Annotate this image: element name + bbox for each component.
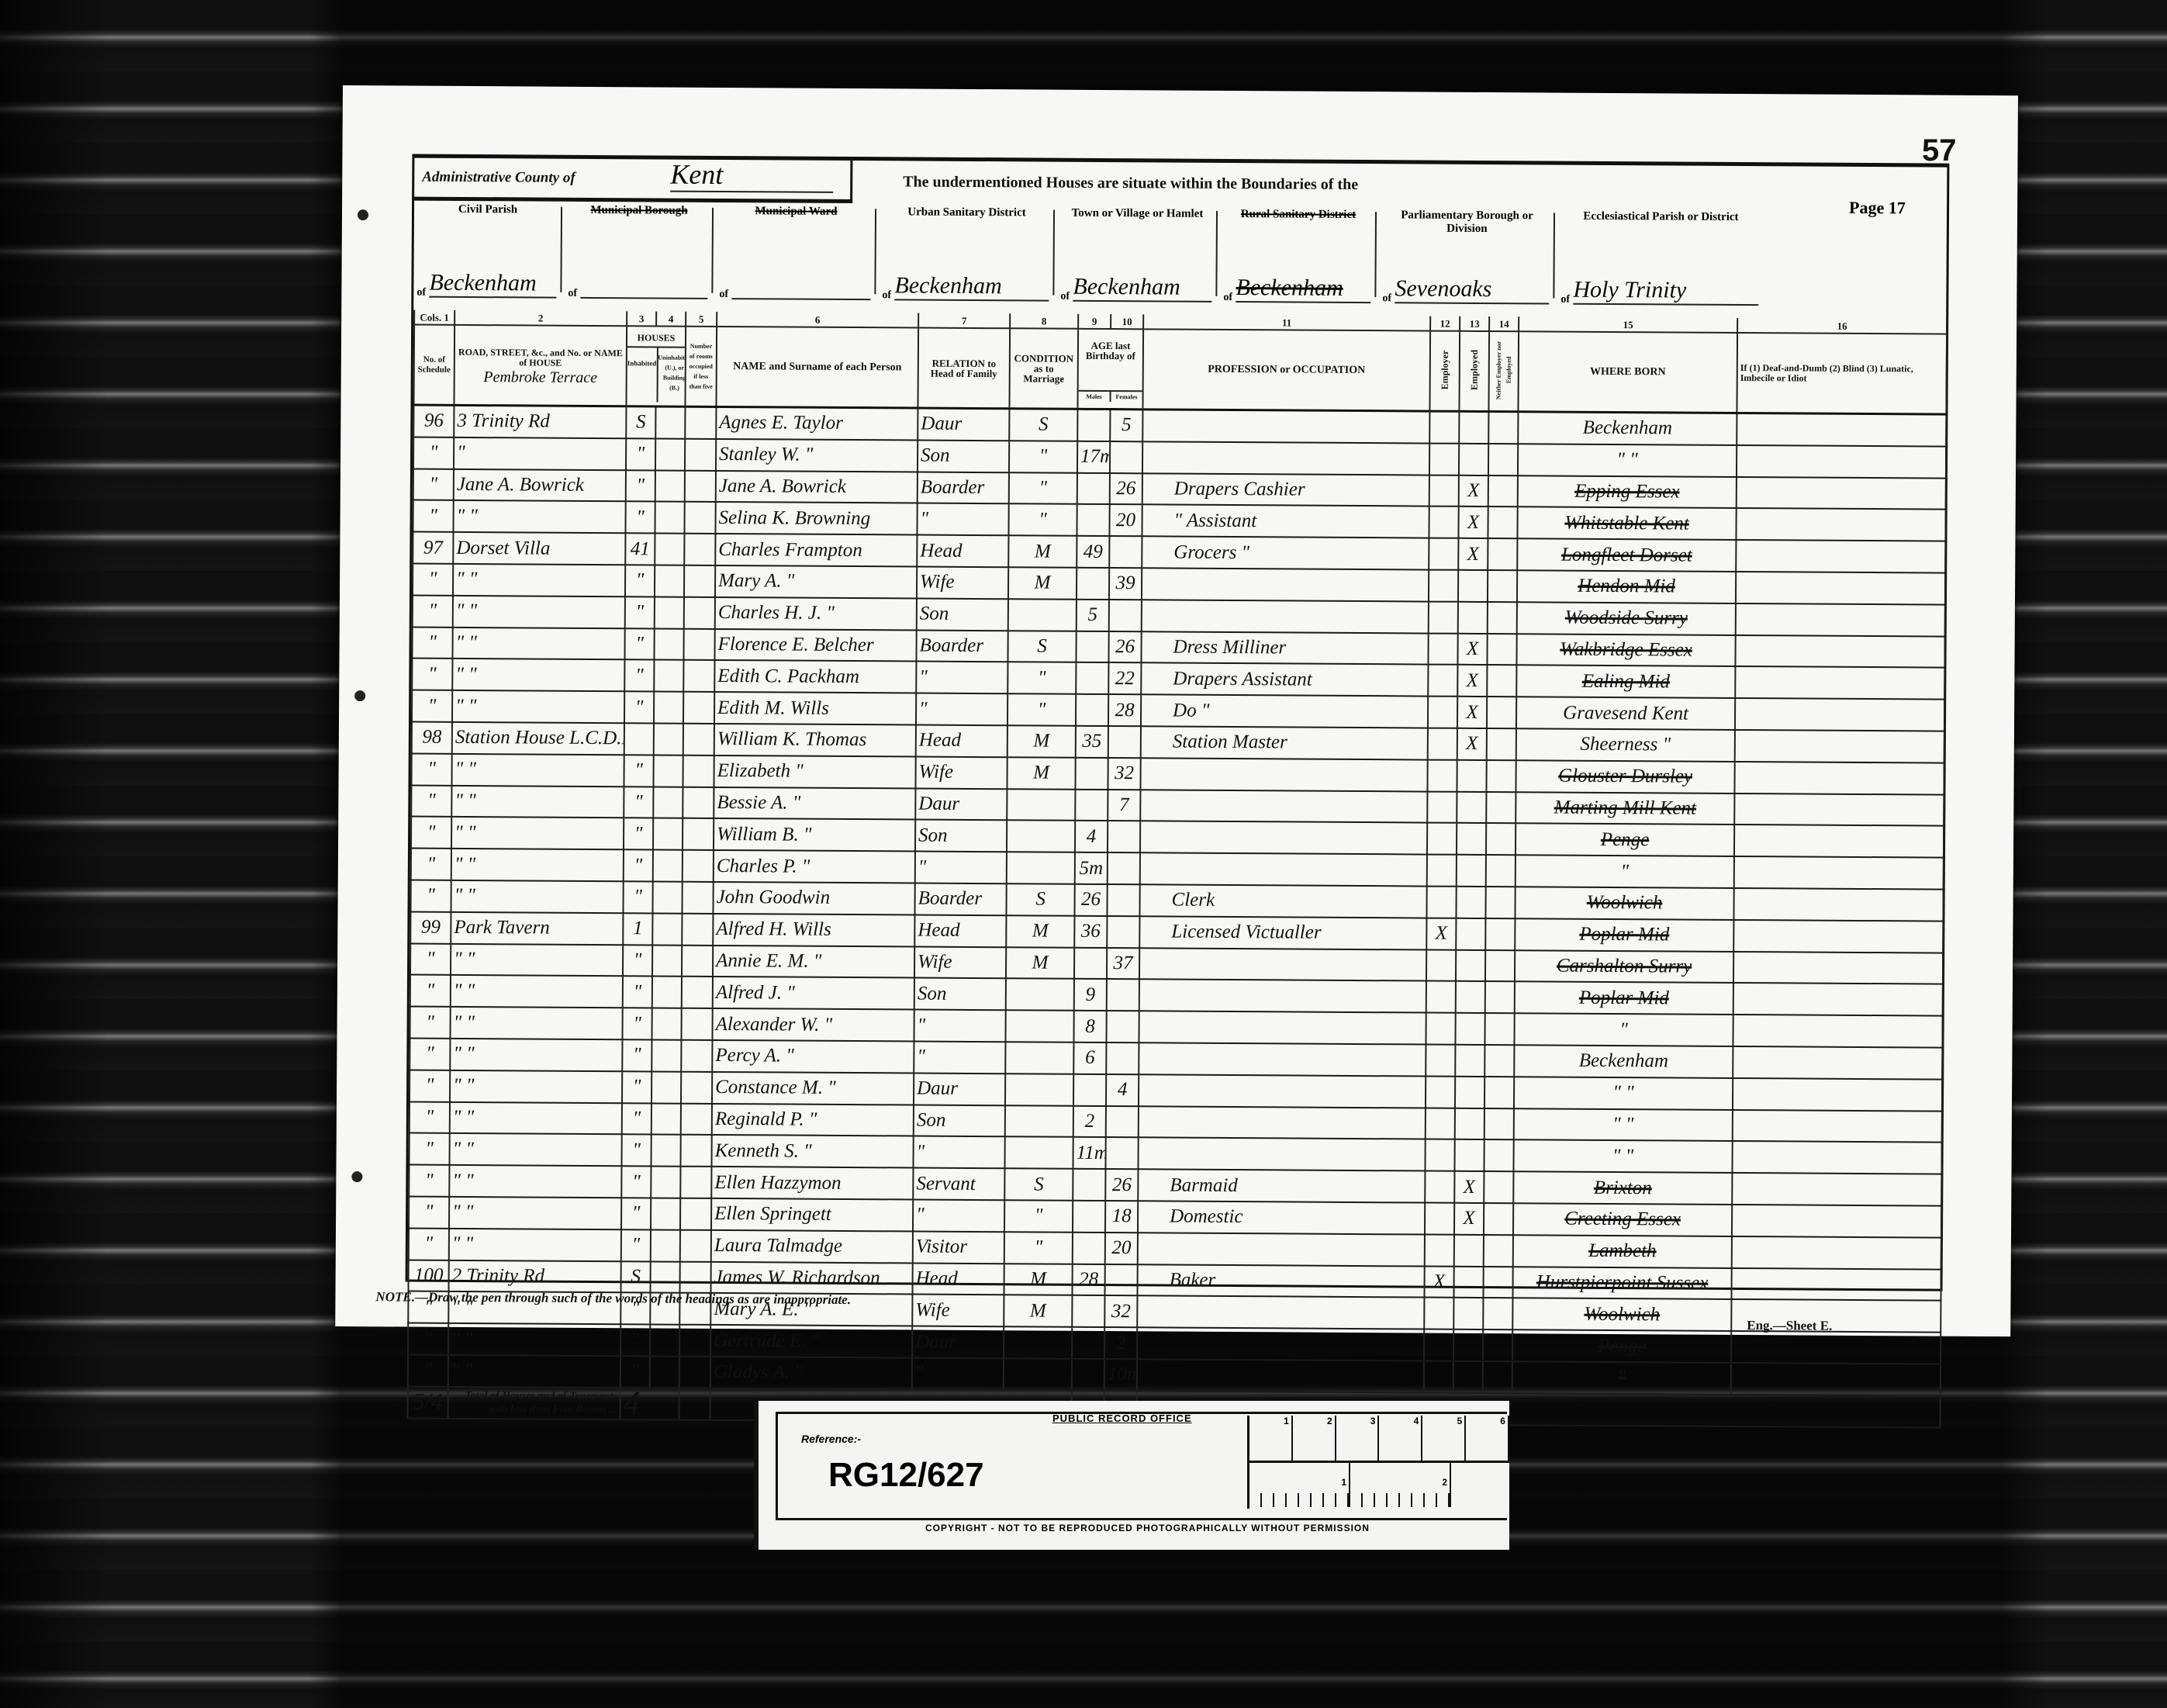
address: " " [452,627,624,659]
totals-schedule-mark: 5/4 [408,1386,448,1418]
address: " " [451,943,623,976]
person-name: James W. Richardson [710,1261,912,1294]
female-age [1107,916,1139,948]
rooms [682,945,713,977]
rooms [681,1103,712,1135]
rooms [679,1357,710,1388]
reference-label: Reference:- [801,1433,861,1445]
schedule-number: " [410,1070,450,1101]
punch-hole [354,690,365,701]
relation: " [917,503,1008,536]
infirmity [1731,1363,1941,1395]
column-number: 10 [1111,314,1143,329]
female-age: 22 [1108,662,1141,694]
relation: " [913,1199,1004,1232]
birthplace: Lambeth [1513,1235,1732,1268]
person-name: Reginald P. " [712,1103,914,1136]
employer-mark [1426,1044,1455,1076]
boundary-value: Beckenham [1236,275,1370,303]
neither-mark [1486,823,1516,855]
boundaries-title: The undermentioned Houses are situate wi… [903,173,1358,194]
reference-card: PUBLIC RECORD OFFICE Reference:- RG12/62… [754,1401,1509,1550]
occupation [1139,1074,1426,1108]
rooms [680,1167,711,1198]
header-occupation: PROFESSION or OCCUPATION [1142,329,1430,411]
employed-mark [1457,855,1486,887]
page-label: Page 17 [1849,198,1906,218]
employer-mark [1427,791,1457,823]
female-age [1110,441,1142,473]
address: " " [451,975,623,1008]
column-number: 8 [1010,313,1078,329]
employed-mark [1455,1077,1484,1108]
condition: M [1004,1264,1072,1295]
person-name: Laura Talmadge [711,1230,913,1263]
male-age: 28 [1072,1264,1104,1295]
person-name: Ellen Springett [711,1198,913,1231]
header-employer-label: Employer [1439,350,1450,389]
boundary-field: Municipal Wardof [716,205,876,306]
rooms [684,502,715,534]
address: Jane A. Bowrick [454,468,626,501]
infirmity [1733,1015,1942,1047]
neither-mark [1484,1077,1514,1108]
boundary-label: Municipal Borough [565,204,713,218]
address: " " [449,1229,621,1261]
column-number: 5 [686,312,717,327]
address: " " [448,1355,620,1388]
infirmity [1736,508,1945,541]
male-age: 5m [1075,852,1108,884]
female-age [1108,726,1141,758]
inhabited: S [626,406,655,439]
address: " " [450,1007,622,1039]
rooms [683,628,714,660]
address: " " [451,849,624,881]
rooms [681,1008,712,1040]
male-age [1072,1359,1104,1391]
rooms [684,565,715,597]
female-age [1106,1042,1139,1074]
employer-mark [1424,1361,1453,1392]
birthplace: Woolwich [1512,1298,1731,1332]
female-age: 37 [1107,948,1139,980]
schedule-number: " [410,1101,450,1133]
condition [1006,979,1074,1011]
schedule-number: " [410,1038,450,1070]
inhabited: " [625,502,655,534]
infirmity [1733,920,1943,953]
address: " " [453,564,625,596]
person-name: Alexander W. " [712,1008,914,1041]
relation: Wife [914,946,1006,979]
condition [1007,821,1075,852]
boundary-label: Parliamentary Borough or Division [1380,209,1554,236]
occupation: Domestic [1138,1201,1425,1234]
birthplace: " [1514,1013,1733,1046]
male-age [1077,409,1110,441]
column-number: 7 [918,313,1010,329]
birthplace: " [1516,855,1734,888]
employer-mark [1429,411,1459,444]
header-uninhabited: Uninhabited (U.), or Building (B.) [658,347,686,402]
person-name: Mary A. " [715,565,917,598]
birthplace: Beckenham [1518,412,1737,445]
condition: M [1006,947,1074,979]
employed-mark [1455,1108,1484,1139]
occupation [1140,821,1427,855]
infirmity [1736,603,1945,636]
infirmity [1735,730,1944,762]
birthplace: Hurstpierpoint Sussex [1512,1267,1731,1300]
inhabited: " [624,849,653,881]
relation: Head [917,535,1008,568]
schedule-number: " [413,595,453,627]
occupation [1142,410,1429,444]
relation: Boarder [914,883,1006,915]
ruler-tick-label: 4 [1379,1416,1422,1461]
neither-mark [1488,507,1517,538]
neither-mark [1484,1235,1513,1267]
address: 3 Trinity Rd [454,405,626,438]
female-age [1108,821,1140,852]
header-rooms: Number of rooms occupied if less than fi… [685,327,717,407]
inhabited: " [624,628,654,660]
neither-mark [1483,1329,1512,1361]
footer-note: NOTE.—Draw the pen through such of the w… [375,1289,851,1308]
ruler-tick-label: 6 [1466,1416,1509,1461]
person-name: Florence E. Belcher [714,629,916,662]
schedule-number: " [412,627,452,659]
inhabited: " [623,945,652,977]
female-age [1109,536,1142,568]
condition: M [1006,915,1074,947]
address: 2 Trinity Rd [449,1260,621,1292]
neither-mark [1488,538,1517,570]
uninhabited [654,628,683,660]
employed-mark [1455,1013,1484,1045]
rooms [683,724,714,755]
inhabited: " [622,1039,651,1071]
column-number: 15 [1519,316,1737,333]
schedule-number: " [411,753,451,785]
rooms [681,1040,712,1072]
address: " " [450,1039,622,1071]
inhabited: " [623,977,652,1008]
occupation: Grocers " [1142,536,1429,569]
employer-mark [1426,887,1456,918]
schedule-number: " [409,1165,449,1197]
occupation: Dress Milliner [1141,631,1428,665]
neither-mark [1488,475,1518,507]
person-name: Ellen Hazzymon [711,1167,913,1199]
boundary-value: Beckenham [894,272,1049,301]
schedule-number: " [411,849,451,880]
female-age [1107,884,1139,916]
uninhabited [655,565,684,596]
infirmity [1735,666,1944,699]
boundary-divider [874,209,876,294]
relation: Son [917,598,1008,631]
relation: Servant [913,1168,1004,1201]
admin-county-box: Administrative County of Kent [414,158,852,203]
person-name: Stanley W. " [716,439,918,472]
employer-mark [1426,981,1456,1013]
boundary-label: Urban Sanitary District [880,206,1054,220]
inhabited: " [621,1229,651,1261]
female-age: 26 [1110,473,1142,505]
public-record-office-label: PUBLIC RECORD OFFICE [1052,1412,1192,1424]
header-houses-label: HOUSES [627,330,685,347]
birthplace: " " [1514,1108,1733,1142]
person-name: John Goodwin [713,882,914,915]
condition: M [1008,567,1077,599]
neither-mark [1487,728,1516,760]
uninhabited [652,913,682,945]
female-age: 5 [1110,410,1142,442]
male-age: 11m [1073,1137,1105,1169]
condition: " [1004,1232,1073,1264]
infirmity [1732,1205,1941,1237]
employer-mark [1424,1329,1453,1361]
column-number: 3 [627,311,656,326]
birthplace: " " [1514,1077,1733,1110]
uninhabited [651,1039,681,1071]
condition: M [1007,725,1076,757]
relation: Son [914,1105,1005,1137]
boundary-value [731,298,870,300]
neither-mark [1485,981,1515,1013]
copyright-notice: COPYRIGHT - NOT TO BE REPRODUCED PHOTOGR… [925,1523,1370,1533]
employed-mark: X [1459,475,1488,507]
neither-mark [1488,570,1517,602]
neither-mark [1488,444,1518,475]
employed-mark [1459,444,1488,475]
address: Park Tavern [451,912,623,945]
person-name: Charles H. J. " [715,597,917,630]
male-age: 5 [1077,600,1109,631]
neither-mark [1487,665,1516,697]
relation: Head [914,915,1006,947]
inhabited: " [624,660,654,692]
employed-mark [1459,411,1488,444]
employed-mark: X [1458,507,1488,538]
boundary-label: Municipal Ward [717,205,876,219]
person-name: Alfred J. " [713,977,914,1009]
address: " " [451,817,624,849]
birthplace: Brixton [1513,1171,1732,1205]
header-road-label: ROAD, STREET, &c., and No. or NAME of HO… [458,347,624,368]
address: " " [449,1133,621,1166]
uninhabited [650,1325,679,1357]
address: Dorset Villa [453,532,625,565]
employer-mark [1427,823,1457,855]
birthplace: Marting Mill Kent [1516,792,1734,825]
uninhabited [650,1356,679,1388]
relation: Head [912,1263,1004,1295]
column-number: 11 [1143,314,1430,330]
condition: " [1008,504,1077,536]
uninhabited [655,470,685,502]
inhabited: S [620,1261,650,1293]
boundary-label: Civil Parish [414,203,562,217]
employed-mark: X [1457,665,1487,697]
condition: S [1004,1168,1073,1200]
person-name: Percy A. " [712,1040,914,1073]
birthplace: Ealing Mid [1516,666,1735,699]
uninhabited [651,1008,681,1040]
boundary-value: Holy Trinity [1573,277,1758,306]
column-number: 16 [1737,318,1947,334]
condition [1005,1074,1073,1105]
employed-mark: X [1457,697,1487,728]
census-table: Cols. 12345678910111213141516 No. of Sch… [407,310,1948,1429]
infirmity [1734,825,1944,857]
rooms [685,470,716,502]
employed-mark [1456,981,1485,1013]
employer-mark [1425,1234,1454,1266]
female-age: 26 [1105,1169,1138,1201]
schedule-number: " [410,1007,450,1039]
person-name: Jane A. Bowrick [716,471,918,503]
male-age [1076,662,1108,694]
female-age: 28 [1108,694,1141,726]
neither-mark [1486,855,1516,887]
birthplace: Whitstable Kent [1517,507,1736,541]
employer-mark [1426,1013,1455,1045]
male-age [1077,472,1110,504]
female-age: 32 [1108,758,1140,790]
employer-mark [1429,443,1459,475]
occupation [1139,1106,1426,1139]
neither-mark [1487,634,1516,666]
rooms [680,1135,711,1167]
relation: Visitor [913,1231,1004,1264]
reference-card-frame: PUBLIC RECORD OFFICE Reference:- RG12/62… [776,1412,1507,1520]
boundary-divider [560,207,562,292]
column-number: 14 [1489,316,1519,331]
inhabited: " [621,1166,651,1198]
relation: Son [914,978,1006,1011]
boundary-of-label: of [882,289,891,302]
address: " " [452,659,624,691]
female-age: 10m [1104,1359,1137,1391]
uninhabited [650,1261,679,1293]
inhabited: " [625,596,655,628]
condition: M [1008,535,1077,567]
birthplace: Glouster Dursley [1516,760,1734,793]
neither-mark [1484,1108,1514,1140]
inhabited: " [621,1198,651,1229]
schedule-number: " [409,1196,449,1228]
condition: S [1006,883,1074,915]
boundary-of-label: of [719,289,728,301]
relation: " [916,693,1007,726]
header-age-label: AGE last Birthday of [1079,336,1142,390]
boundary-value: Beckenham [429,270,556,299]
neither-mark [1488,412,1518,444]
birthplace: Poplar Mid [1515,982,1733,1015]
relation: " [912,1357,1004,1390]
ruler-tick-label: 5 [1422,1416,1466,1461]
employed-mark [1454,1139,1484,1171]
column-number: 12 [1430,316,1460,331]
schedule-number: 100 [409,1260,449,1291]
relation: Daur [914,1073,1005,1105]
employer-mark [1429,601,1458,633]
employer-mark [1424,1298,1453,1329]
relation: " [914,1041,1005,1074]
relation: " [914,1010,1005,1042]
header-neither: Neither Employer nor Employed [1488,331,1519,412]
schedule-number: " [410,880,451,912]
boundary-field: Municipal Boroughof [565,204,713,306]
male-age [1075,758,1108,790]
boundary-field: Parliamentary Borough or DivisionofSeven… [1379,209,1554,310]
birthplace: Penge [1516,824,1734,857]
person-name: William K. Thomas [714,724,916,756]
neither-mark [1485,950,1515,982]
male-age: 2 [1073,1105,1106,1137]
neither-mark [1484,1045,1514,1077]
person-name: Gladys A. " [710,1357,912,1389]
male-age: 26 [1074,884,1107,916]
relation: Wife [915,756,1007,789]
employed-mark: X [1454,1203,1484,1235]
male-age [1073,1232,1105,1264]
occupation: Clerk [1139,884,1426,918]
ruler-tick-label: 2 [1293,1416,1336,1461]
male-age: 36 [1074,916,1107,948]
schedule-number: 97 [413,532,453,564]
boundary-value [580,297,707,299]
employed-mark [1456,918,1485,950]
employer-mark [1425,1139,1454,1171]
column-number: 4 [656,311,686,326]
rooms [682,977,713,1008]
employed-mark: X [1458,538,1488,570]
employer-mark [1428,728,1457,760]
condition [1007,852,1075,883]
inhabited: " [620,1324,650,1356]
employer-mark [1427,759,1457,791]
employed-mark [1453,1266,1483,1298]
punch-hole [358,209,368,220]
inhabited: " [626,470,655,502]
boundary-of-label: of [1060,291,1070,303]
boundary-value: Beckenham [1073,274,1211,303]
condition [1004,1137,1073,1169]
neither-mark [1484,1203,1513,1235]
rooms [681,1071,712,1103]
person-name: Charles Frampton [715,534,917,566]
census-rows: 963 Trinity RdSAgnes E. TaylorDaurS5Beck… [408,405,1947,1395]
infirmity [1733,1078,1942,1111]
boundary-divider [1374,212,1377,297]
employer-mark [1429,570,1458,602]
employer-mark [1428,633,1457,665]
employer-mark [1428,665,1457,697]
employed-mark [1453,1298,1483,1329]
male-age [1073,1074,1106,1106]
address: " " [450,1070,622,1103]
ruler-tick-label: 1 [1249,1463,1350,1507]
census-form: Administrative County of Kent The underm… [406,154,1950,1291]
rooms [684,534,715,565]
relation: Son [918,440,1009,472]
female-age [1106,1106,1139,1138]
address: Station House L.C.D.R [452,722,624,755]
